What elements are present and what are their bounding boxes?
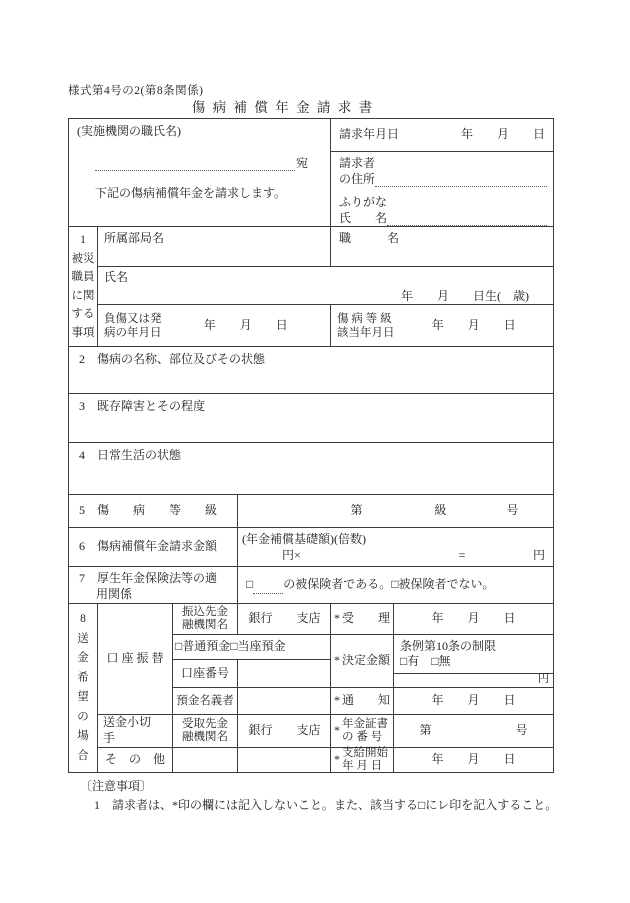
name-row: 氏名 年 月 日生( 歳)	[98, 267, 553, 305]
not-insured-text: □被保険者でない。	[391, 577, 494, 593]
claimant-cell: 請求者 の住所 ふりがな 氏 名	[331, 152, 553, 226]
account-transfer-label: 口 座 振 替	[98, 604, 173, 715]
section-1-main: 所属部局名 職 名 氏名 年 月 日生( 歳) 負傷又は発 病の年月日 年 月 …	[98, 227, 553, 346]
insured-checkbox: □	[246, 577, 253, 593]
employee-name-label: 氏名	[104, 270, 553, 286]
insured-fill-line	[253, 581, 283, 594]
remittance-check-label: 送金小切 手	[98, 715, 173, 748]
ordinance-limit-label: 条例第10条の制限	[400, 639, 553, 654]
job-cell: 職 名	[331, 227, 553, 266]
birth-date-value: 年 月 日生( 歳)	[104, 289, 553, 305]
asterisk-mark: *	[334, 653, 342, 669]
section-6-claim-amount: 6 傷病補償年金請求金額 (年金補償基礎額)(倍数) 円× = 円	[69, 527, 553, 566]
section-5-label: 5 傷 病 等 級	[69, 495, 238, 527]
receipt-date-value: 年 月 日	[394, 604, 553, 635]
claimant-address-line: の住所	[339, 171, 547, 187]
spacer	[465, 547, 533, 563]
payment-start-cell: * 支給開始 年 月 日	[331, 748, 394, 772]
receipt-label-cell: * 受 理	[331, 604, 394, 635]
form-page: 様式第4号の2(第8条関係) 傷 病 補 償 年 金 請 求 書 (実施機関の職…	[0, 0, 630, 903]
furigana-line: ふりがな	[339, 194, 547, 210]
claim-date-value: 年 月 日	[461, 127, 545, 143]
section-3-existing-disability: 3 既存障害とその程度	[69, 393, 553, 442]
section-2-injury-name: 2 傷病の名称、部位及びその状態	[69, 346, 553, 393]
section-7-label: 7 厚生年金保険法等の適 用関係	[69, 567, 238, 603]
ordinance-limit-cell: 条例第10条の制限 □有 □無	[394, 635, 553, 674]
decided-amount-cell: * 決定金額	[331, 635, 394, 688]
asterisk-mark: *	[334, 611, 342, 627]
decided-amount-yen: 円	[394, 674, 553, 687]
dept-job-row: 所属部局名 職 名	[98, 227, 553, 267]
section-3-label: 3 既存障害とその程度	[69, 394, 205, 442]
addressee-fill-line	[95, 159, 295, 171]
address-fill-line	[375, 175, 547, 187]
section-8-side-label: 8 送 金 希 望 の 場 合	[69, 604, 98, 772]
section-1-side-label: 1 被災 職員 に関 する 事項	[69, 227, 98, 346]
grade-date-label: 傷 病 等 級 該当年月日	[337, 312, 395, 340]
payment-start-label: 支給開始 年 月 日	[342, 747, 388, 773]
asterisk-mark: *	[334, 723, 342, 739]
injury-date-value: 年 月 日	[162, 318, 331, 334]
claimant-column: 請求年月日 年 月 日 請求者 の住所 ふりがな	[331, 119, 553, 226]
other-cell-mid	[173, 748, 238, 772]
decided-amount-value: 条例第10条の制限 □有 □無 円	[394, 635, 553, 688]
request-statement: 下記の傷病補償年金を請求します。	[95, 186, 322, 202]
injury-date-cell: 負傷又は発 病の年月日 年 月 日	[98, 305, 331, 346]
agency-label: (実施機関の職氏名)	[77, 124, 322, 140]
receiving-bank-value: 銀行 支店	[238, 715, 331, 748]
insured-text: の被保険者である。	[283, 577, 391, 593]
claimant-label: 請求者	[339, 155, 375, 171]
dept-cell: 所属部局名	[98, 227, 331, 266]
account-holder-label: 預金名義者	[173, 688, 238, 715]
amount-formula-line: 円× = 円	[238, 547, 553, 563]
claimant-label-line1: 請求者	[339, 155, 547, 171]
yen-times: 円×	[282, 547, 301, 563]
section-2-label: 2 傷病の名称、部位及びその状態	[69, 347, 265, 393]
transfer-bank-value: 銀行 支店	[238, 604, 331, 635]
section-7-value: □ の被保険者である。 □被保険者でない。	[238, 567, 553, 603]
notes-title: 〔注意事項〕	[80, 779, 152, 795]
addressee-line: 宛	[95, 156, 308, 172]
name-label: 氏 名	[339, 210, 387, 226]
transfer-bank-label: 振込先金 融機関名	[173, 604, 238, 635]
section-5-value: 第 級 号	[238, 495, 553, 527]
asterisk-mark: *	[334, 693, 342, 709]
spacer	[301, 547, 459, 563]
notice-label-cell: * 通 知	[331, 688, 394, 715]
injury-date-row: 負傷又は発 病の年月日 年 月 日 傷 病 等 級 該当年月日 年 月 日	[98, 305, 553, 346]
section-4-label: 4 日常生活の状態	[69, 443, 181, 494]
pension-base-label: (年金補償基礎額)(倍数)	[238, 531, 553, 547]
other-label: そ の 他	[98, 748, 173, 772]
payment-start-date-value: 年 月 日	[394, 748, 553, 772]
certificate-number-label: 年金証書 の 番 号	[342, 718, 388, 744]
ordinance-limit-options: □有 □無	[400, 654, 553, 669]
account-holder-value	[238, 688, 331, 715]
header-block: (実施機関の職氏名) 宛 下記の傷病補償年金を請求します。 請求年月日 年 月 …	[69, 119, 553, 226]
address-label: の住所	[339, 171, 375, 187]
account-number-value	[238, 660, 331, 688]
name-line: 氏 名	[339, 210, 547, 226]
section-7-pension-law: 7 厚生年金保険法等の適 用関係 □ の被保険者である。 □被保険者でない。	[69, 566, 553, 603]
notice-date-value: 年 月 日	[394, 688, 553, 715]
name-fill-line	[387, 214, 547, 226]
page-title: 傷 病 補 償 年 金 請 求 書	[68, 99, 498, 117]
section-6-value: (年金補償基礎額)(倍数) 円× = 円	[238, 528, 553, 566]
yen-unit: 円	[533, 547, 545, 563]
notice-label: 通 知	[342, 693, 390, 709]
note-item-1: 1 請求者は、*印の欄には記入しないこと。また、該当する□にレ印を記入すること。	[94, 798, 572, 814]
section-8-left-grid: 口 座 振 替 振込先金 融機関名 銀行 支店 □普通預金□当座預金 口座番号 …	[98, 604, 331, 772]
section-5-grade: 5 傷 病 等 級 第 級 号	[69, 494, 553, 527]
deposit-type-checkboxes: □普通預金□当座預金	[173, 635, 331, 660]
receiving-bank-label: 受取先金 融機関名	[173, 715, 238, 748]
claim-date-row: 請求年月日 年 月 日	[331, 119, 553, 152]
claim-date-label: 請求年月日	[339, 127, 399, 143]
receipt-label: 受 理	[342, 611, 390, 627]
asterisk-mark: *	[334, 752, 342, 768]
equals-sign: =	[459, 547, 466, 563]
addressee-suffix: 宛	[296, 156, 308, 172]
certificate-number-cell: * 年金証書 の 番 号	[331, 715, 394, 748]
claim-form-table: (実施機関の職氏名) 宛 下記の傷病補償年金を請求します。 請求年月日 年 月 …	[68, 118, 554, 773]
grade-date-value: 年 月 日	[395, 318, 554, 334]
section-8-right-grid: * 受 理 年 月 日 * 決定金額 条例第10条の制限 □有 □無 円	[331, 604, 553, 772]
injury-date-label: 負傷又は発 病の年月日	[104, 312, 162, 340]
section-4-daily-life: 4 日常生活の状態	[69, 442, 553, 494]
other-cell-right	[238, 748, 331, 772]
furigana-label: ふりがな	[339, 194, 387, 210]
section-1-employee: 1 被災 職員 に関 する 事項 所属部局名 職 名 氏名 年 月 日生( 歳)…	[69, 226, 553, 346]
certificate-number-value: 第 号	[394, 715, 553, 748]
agency-cell: (実施機関の職氏名) 宛 下記の傷病補償年金を請求します。	[69, 119, 331, 226]
form-number: 様式第4号の2(第8条関係)	[68, 84, 203, 99]
account-number-label: 口座番号	[173, 660, 238, 688]
grade-date-cell: 傷 病 等 級 該当年月日 年 月 日	[331, 305, 553, 346]
decided-amount-label: 決定金額	[342, 653, 390, 669]
section-8-remittance: 8 送 金 希 望 の 場 合 口 座 振 替 振込先金 融機関名 銀行 支店 …	[69, 603, 553, 772]
section-6-label: 6 傷病補償年金請求金額	[69, 528, 238, 566]
